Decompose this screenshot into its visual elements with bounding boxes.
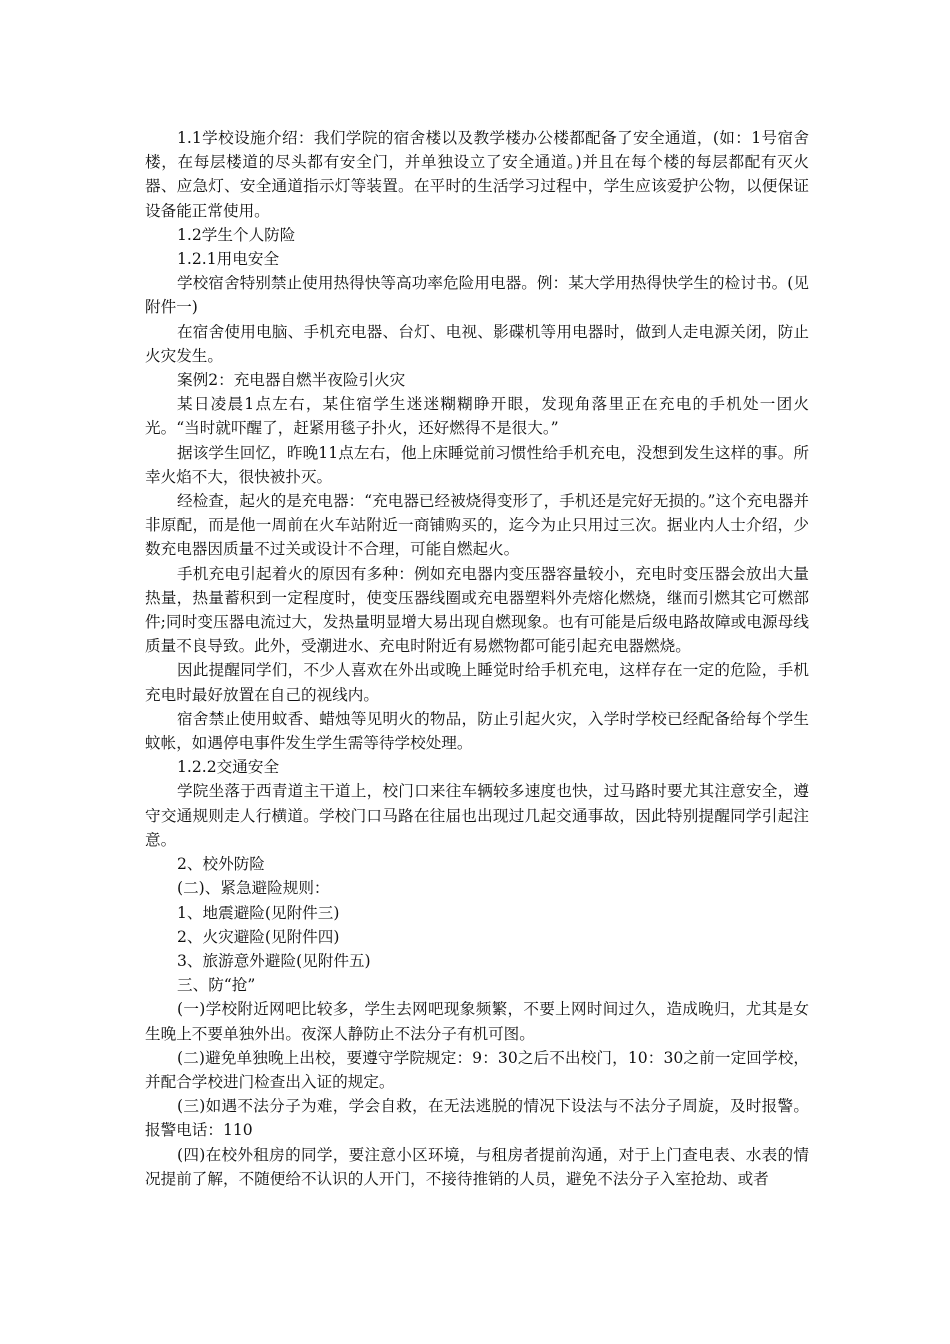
paragraph-fire-causes: 手机充电引起着火的原因有多种：例如充电器内变压器容量较小，充电时变压器会放出大量… [145,562,809,659]
heading-case-2: 案例2：充电器自燃半夜险引火灾 [145,368,809,392]
paragraph-case-inspection: 经检查，起火的是充电器：“充电器已经被烧得变形了，手机还是完好无损的。”这个充电… [145,489,809,562]
heading-anti-robbery: 三、防“抢” [145,973,809,997]
paragraph-case-incident: 某日凌晨1点左右，某住宿学生迷迷糊糊睁开眼，发现角落里正在充电的手机处一团火光。… [145,392,809,440]
paragraph-power-off: 在宿舍使用电脑、手机充电器、台灯、电视、影碟机等用电器时，做到人走电源关闭，防止… [145,320,809,368]
paragraph-appliance-ban: 学校宿舍特别禁止使用热得快等高功率危险用电器。例：某大学用热得快学生的检讨书。(… [145,271,809,319]
paragraph-case-recall: 据该学生回忆，昨晚11点左右，他上床睡觉前习惯性给手机充电，没想到发生这样的事。… [145,441,809,489]
paragraph-traffic: 学院坐落于西青道主干道上，校门口来往车辆较多速度也快，过马路时要尤其注意安全，遵… [145,779,809,852]
list-item-travel: 3、旅游意外避险(见附件五) [145,949,809,973]
paragraph-renting: (四)在校外租房的同学，要注意小区环境，与租房者提前沟通，对于上门查电表、水表的… [145,1143,809,1191]
heading-emergency-rules: (二)、紧急避险规则： [145,876,809,900]
list-item-earthquake: 1、地震避险(见附件三) [145,901,809,925]
heading-off-campus: 2、校外防险 [145,852,809,876]
paragraph-charging-reminder: 因此提醒同学们，不少人喜欢在外出或晚上睡觉时给手机充电，这样存在一定的危险，手机… [145,658,809,706]
paragraph-facilities-intro: 1.1学校设施介绍：我们学院的宿舍楼以及教学楼办公楼都配备了安全通道，(如：1号… [145,126,809,223]
document-page: 1.1学校设施介绍：我们学院的宿舍楼以及教学楼办公楼都配备了安全通道，(如：1号… [145,126,809,1191]
paragraph-internet-cafe: (一)学校附近网吧比较多，学生去网吧现象频繁，不要上网时间过久，造成晚归，尤其是… [145,997,809,1045]
paragraph-curfew: (二)避免单独晚上出校，要遵守学院规定：9：30之后不出校门，10：30之前一定… [145,1046,809,1094]
paragraph-self-rescue: (三)如遇不法分子为难，学会自救，在无法逃脱的情况下设法与不法分子周旋，及时报警… [145,1094,809,1142]
heading-personal-safety: 1.2学生个人防险 [145,223,809,247]
heading-traffic-safety: 1.2.2交通安全 [145,755,809,779]
heading-electrical-safety: 1.2.1用电安全 [145,247,809,271]
list-item-fire: 2、火灾避险(见附件四) [145,925,809,949]
paragraph-open-flame-ban: 宿舍禁止使用蚊香、蜡烛等见明火的物品，防止引起火灾，入学时学校已经配备给每个学生… [145,707,809,755]
